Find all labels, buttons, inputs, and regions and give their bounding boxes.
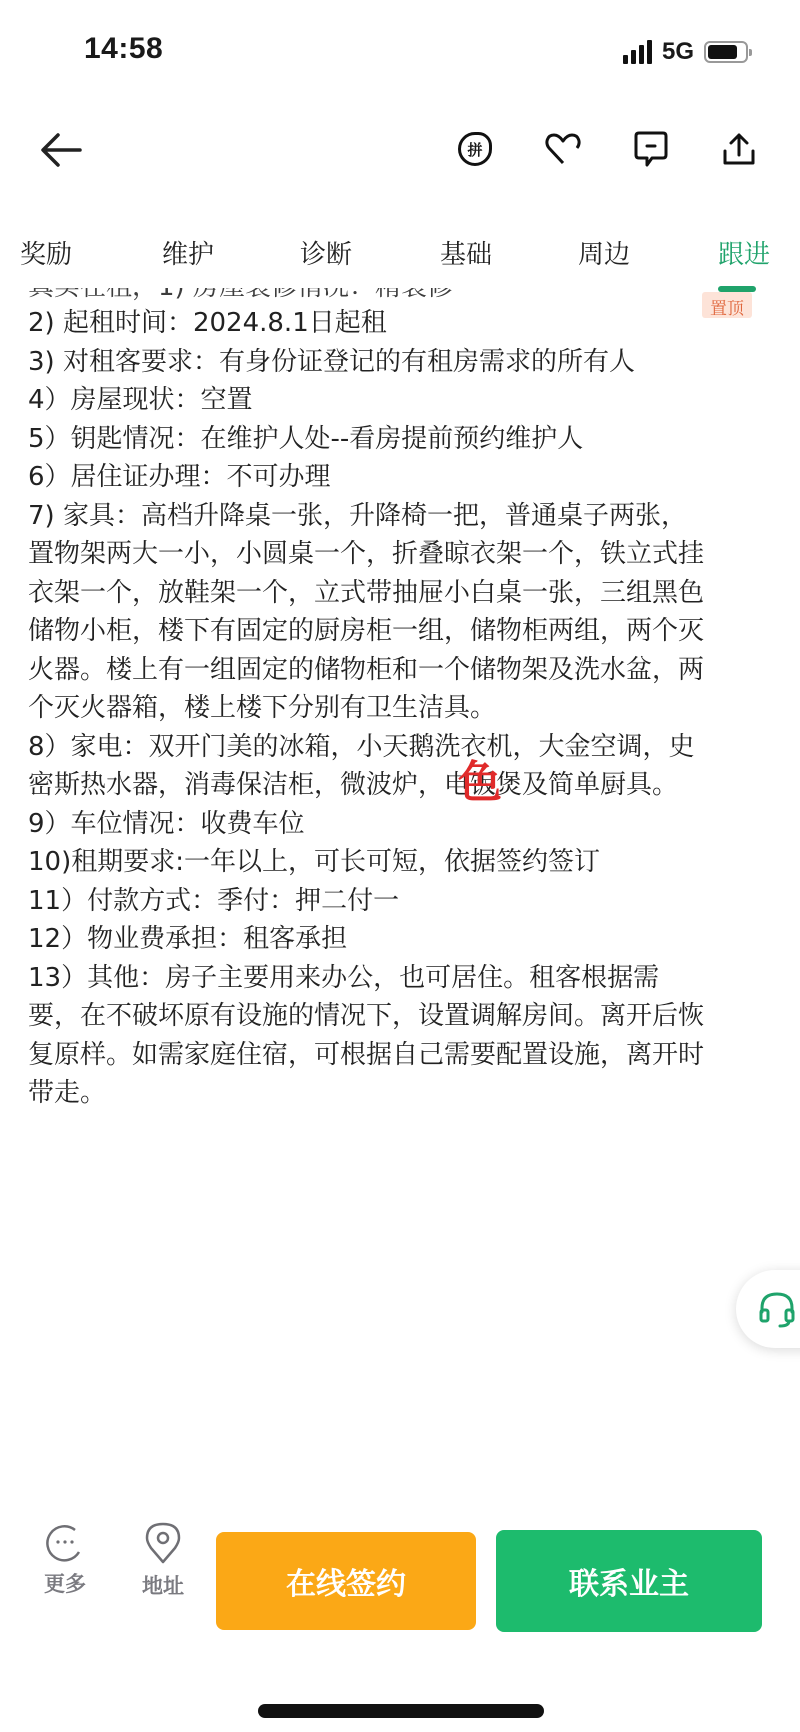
status-time: 14:58 bbox=[84, 32, 163, 66]
more-button[interactable]: 更多 bbox=[35, 1522, 95, 1598]
share-icon bbox=[722, 131, 756, 167]
tab-bar: 奖励 维护 诊断 基础 周边 跟进 bbox=[0, 226, 800, 286]
battery-icon bbox=[704, 41, 748, 63]
tab-diagnosis[interactable]: 诊断 bbox=[300, 234, 352, 271]
detail-paragraph: 11）付款方式：季付：押二付一 bbox=[28, 882, 708, 921]
tab-basic[interactable]: 基础 bbox=[440, 234, 492, 271]
detail-paragraph: 7) 家具：高档升降桌一张，升降椅一把，普通桌子两张，置物架两大一小，小圆桌一个… bbox=[28, 497, 708, 728]
address-label: 地址 bbox=[142, 1570, 184, 1600]
tab-surroundings[interactable]: 周边 bbox=[578, 234, 630, 271]
detail-paragraph: 12）物业费承担：租客承担 bbox=[28, 920, 708, 959]
comment-icon bbox=[633, 130, 669, 168]
back-button[interactable] bbox=[38, 126, 86, 174]
heart-icon bbox=[545, 132, 581, 166]
nav-actions: 拼 bbox=[454, 128, 760, 170]
detail-paragraph: 13）其他：房子主要用来办公，也可居住。租客根据需要，在不破坏原有设施的情况下，… bbox=[28, 959, 708, 1113]
nav-bar: 拼 bbox=[0, 110, 800, 190]
detail-paragraph: 9）车位情况：收费车位 bbox=[28, 805, 708, 844]
location-pin-icon bbox=[145, 1522, 181, 1564]
headset-icon bbox=[758, 1290, 796, 1330]
contact-owner-button[interactable]: 联系业主 bbox=[496, 1530, 762, 1632]
detail-paragraph: 2) 起租时间：2024.8.1日起租 bbox=[28, 304, 708, 343]
overlay-annotation: 色 bbox=[458, 746, 502, 810]
tab-reward[interactable]: 奖励 bbox=[20, 234, 72, 271]
sign-online-button[interactable]: 在线签约 bbox=[216, 1532, 476, 1630]
comment-button[interactable] bbox=[630, 128, 672, 170]
detail-paragraph: 5）钥匙情况：在维护人处--看房提前预约维护人 bbox=[28, 420, 708, 459]
share-button[interactable] bbox=[718, 128, 760, 170]
address-button[interactable]: 地址 bbox=[133, 1522, 193, 1600]
signal-icon bbox=[623, 40, 652, 64]
more-label: 更多 bbox=[44, 1568, 86, 1598]
status-bar: 14:58 5G bbox=[0, 0, 800, 110]
detail-paragraph: 3) 对租客要求：有身份证登记的有租房需求的所有人 bbox=[28, 343, 708, 382]
tab-maintenance[interactable]: 维护 bbox=[162, 234, 214, 271]
status-indicators: 5G bbox=[623, 38, 748, 66]
more-icon bbox=[45, 1522, 85, 1562]
clipped-line: 真实在租，1) 房屋装修情况：精装修 bbox=[28, 288, 453, 303]
pinned-badge: 置顶 bbox=[702, 292, 752, 318]
pin-icon: 拼 bbox=[458, 132, 492, 166]
follow-up-content[interactable]: 真实在租，1) 房屋装修情况：精装修 2) 起租时间：2024.8.1日起租 3… bbox=[28, 288, 708, 1488]
detail-paragraph: 4）房屋现状：空置 bbox=[28, 381, 708, 420]
detail-paragraph: 6）居住证办理：不可办理 bbox=[28, 458, 708, 497]
favorite-button[interactable] bbox=[542, 128, 584, 170]
tab-follow-up[interactable]: 跟进 bbox=[718, 234, 770, 271]
detail-paragraph: 10)租期要求:一年以上，可长可短，依据签约签订 bbox=[28, 843, 708, 882]
network-type: 5G bbox=[662, 38, 694, 66]
detail-paragraph: 8）家电：双开门美的冰箱，小天鹅洗衣机，大金空调，史密斯热水器，消毒保洁柜，微波… bbox=[28, 728, 708, 805]
bottom-action-bar: 更多 地址 在线签约 联系业主 bbox=[0, 1500, 800, 1620]
arrow-left-icon bbox=[38, 126, 86, 174]
customer-service-button[interactable] bbox=[736, 1270, 800, 1348]
home-indicator[interactable] bbox=[258, 1704, 544, 1718]
group-buy-button[interactable]: 拼 bbox=[454, 128, 496, 170]
